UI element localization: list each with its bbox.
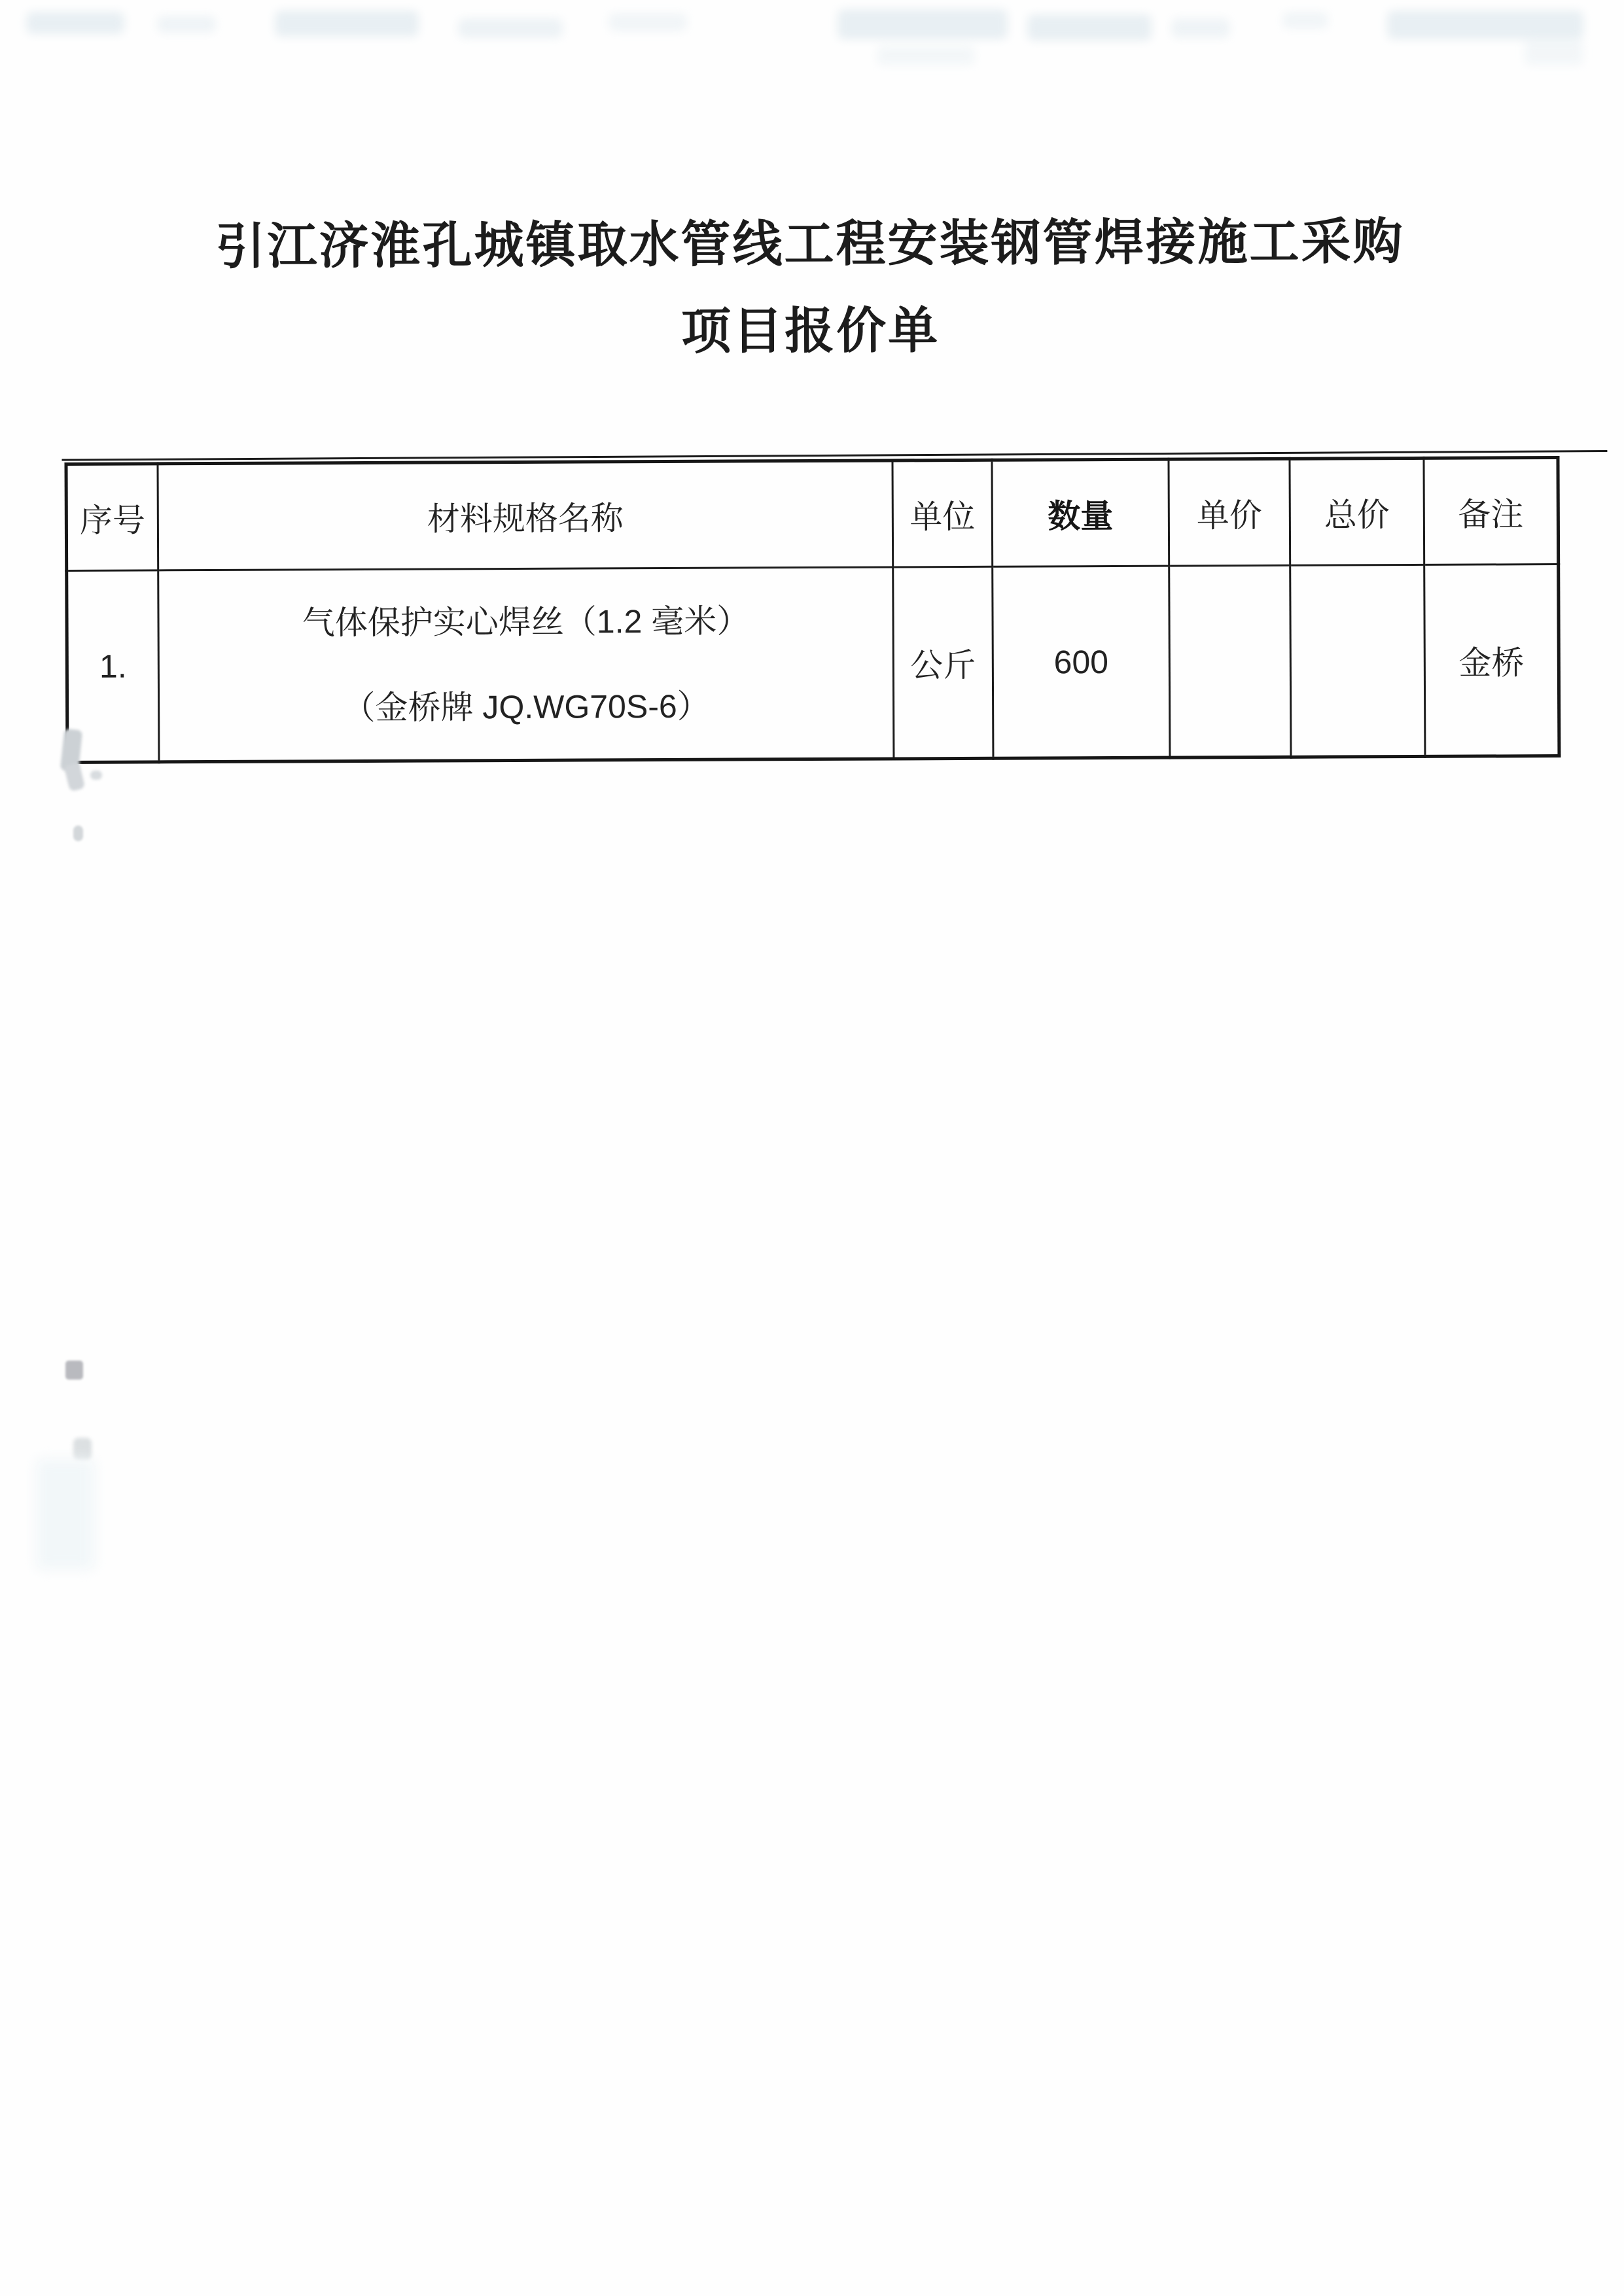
cell-unit: 公斤	[893, 566, 993, 759]
header-unit: 单位	[892, 460, 993, 567]
document-title-line2: 项目报价单	[0, 285, 1623, 379]
table-row: 1. 气体保护实心焊丝（1.2 毫米） （金桥牌 JQ.WG70S-6） 公斤 …	[67, 565, 1559, 763]
header-total-price: 总价	[1290, 458, 1424, 565]
header-material-name: 材料规格名称	[158, 461, 893, 570]
quotation-table: 序号 材料规格名称 单位 数量 单价 总价 备注 1. 气体保护实心焊丝（1.2…	[64, 456, 1561, 764]
scan-smudge	[90, 771, 102, 780]
table-header-row: 序号 材料规格名称 单位 数量 单价 总价 备注	[66, 458, 1559, 571]
header-index: 序号	[66, 464, 158, 571]
scan-smudge	[73, 1438, 92, 1460]
scan-smudge	[65, 1361, 83, 1380]
document-title: 引江济淮孔城镇取水管线工程安装钢管焊接施工采购 项目报价单	[0, 198, 1623, 379]
material-name-line2: （金桥牌 JQ.WG70S-6）	[160, 663, 893, 751]
document-title-line1: 引江济淮孔城镇取水管线工程安装钢管焊接施工采购	[0, 198, 1622, 292]
material-name-line1: 气体保护实心焊丝（1.2 毫米）	[159, 578, 892, 666]
document-page: 引江济淮孔城镇取水管线工程安装钢管焊接施工采购 项目报价单 序号 材料规格名称 …	[0, 0, 1624, 2296]
cell-quantity: 600	[993, 566, 1170, 758]
cell-remark: 金桥	[1424, 565, 1559, 757]
scanned-document-content: 引江济淮孔城镇取水管线工程安装钢管焊接施工采购 项目报价单 序号 材料规格名称 …	[0, 0, 1624, 2296]
cell-material-name: 气体保护实心焊丝（1.2 毫米） （金桥牌 JQ.WG70S-6）	[158, 567, 894, 762]
header-unit-price: 单价	[1169, 459, 1290, 566]
scan-smudge	[36, 1459, 95, 1570]
scan-smudge	[73, 826, 83, 841]
cell-unit-price	[1169, 565, 1291, 757]
header-quantity: 数量	[992, 459, 1169, 566]
header-remark: 备注	[1424, 458, 1559, 565]
cell-total-price	[1290, 565, 1425, 757]
